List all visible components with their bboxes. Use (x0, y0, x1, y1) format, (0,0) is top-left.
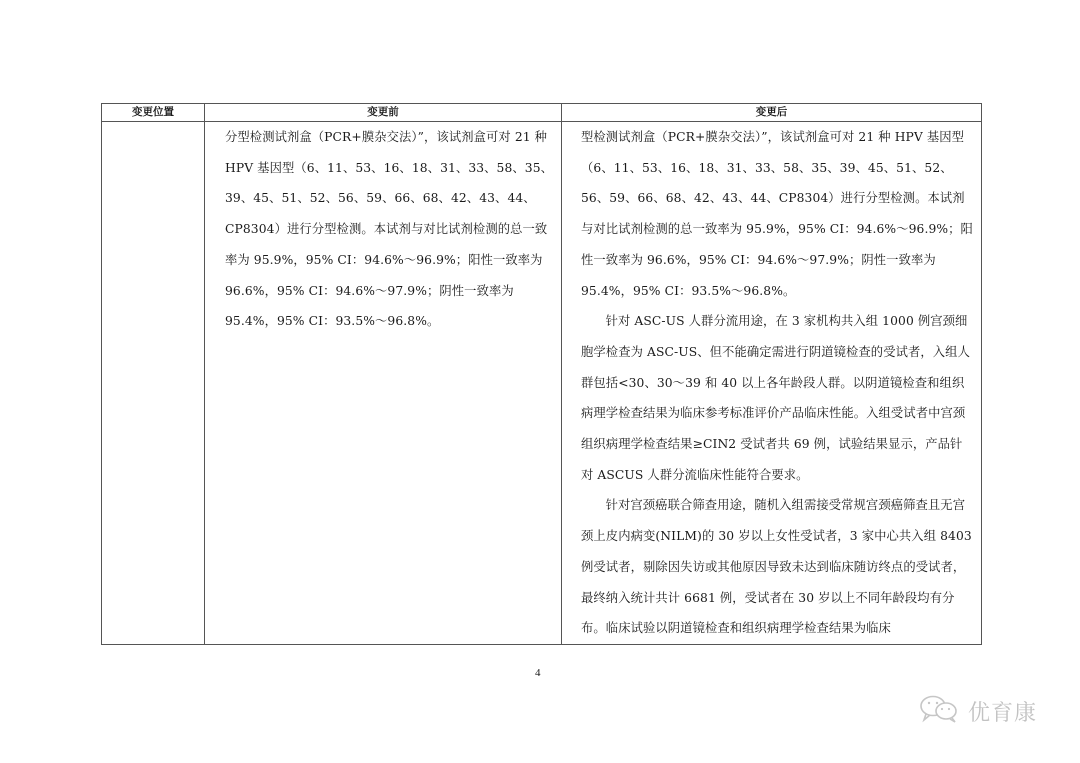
cell-after: 型检测试剂盒（PCR+膜杂交法）”，该试剂盒可对 21 种 HPV 基因型（6、… (562, 122, 982, 645)
cell-location (102, 122, 205, 645)
watermark: 优育康 (918, 694, 1037, 728)
header-after: 变更后 (562, 104, 982, 122)
before-paragraph: 分型检测试剂盒（PCR+膜杂交法）”，该试剂盒可对 21 种 HPV 基因型（6… (225, 122, 555, 337)
header-before: 变更前 (205, 104, 562, 122)
after-paragraph: 针对宫颈癌联合筛查用途，随机入组需接受常规宫颈癌筛查且无宫颈上皮内病变(NILM… (581, 490, 973, 644)
after-paragraph: 针对 ASC-US 人群分流用途，在 3 家机构共入组 1000 例宫颈细胞学检… (581, 306, 973, 490)
header-location: 变更位置 (102, 104, 205, 122)
document-page: 变更位置 变更前 变更后 分型检测试剂盒（PCR+膜杂交法）”，该试剂盒可对 2… (0, 0, 1080, 763)
watermark-text: 优育康 (968, 696, 1037, 727)
table-row: 分型检测试剂盒（PCR+膜杂交法）”，该试剂盒可对 21 种 HPV 基因型（6… (102, 122, 982, 645)
change-comparison-table: 变更位置 变更前 变更后 分型检测试剂盒（PCR+膜杂交法）”，该试剂盒可对 2… (101, 103, 982, 645)
table-header-row: 变更位置 变更前 变更后 (102, 104, 982, 122)
wechat-icon (918, 694, 962, 728)
cell-before: 分型检测试剂盒（PCR+膜杂交法）”，该试剂盒可对 21 种 HPV 基因型（6… (205, 122, 562, 645)
after-paragraph: 型检测试剂盒（PCR+膜杂交法）”，该试剂盒可对 21 种 HPV 基因型（6、… (581, 122, 973, 306)
page-number: 4 (535, 667, 541, 679)
